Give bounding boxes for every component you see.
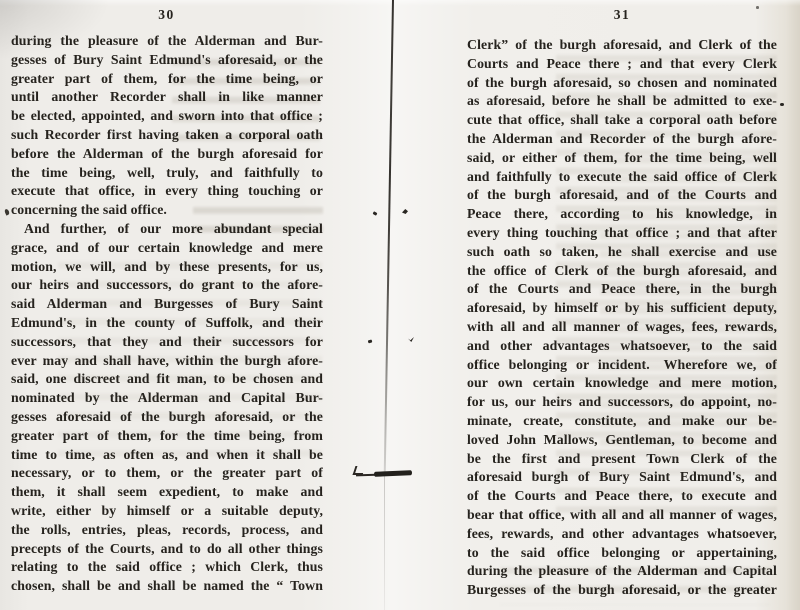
text-line: minate, create, constitute, and make our… — [467, 412, 777, 431]
gutter-crease-line-faint — [384, 476, 385, 610]
text-line: the rolls, entries, pleas, records, proc… — [11, 521, 323, 540]
text-line: nominated by the Alderman and Capital Bu… — [11, 389, 323, 408]
text-line: time to time, as often as, and when it s… — [11, 446, 323, 465]
text-line: be the first and present Town Clerk of t… — [467, 450, 777, 469]
text-line: ever may and shall have, within the burg… — [11, 352, 323, 371]
text-line: bear that office, with all and all manne… — [467, 506, 777, 525]
text-line: greater part of them, for the time being… — [11, 427, 323, 446]
page-number-left: 30 — [10, 7, 323, 23]
text-line: gesses of Bury Saint Edmund's aforesaid,… — [11, 51, 323, 70]
text-line: be elected, appointed, and sworn into th… — [11, 107, 323, 126]
text-line: said, or either of them, for the time be… — [467, 149, 777, 168]
text-line: of the burgh aforesaid, and of the Court… — [467, 186, 777, 205]
text-line: motion, we will, and by these presents, … — [11, 258, 323, 277]
text-line: of the Courts and Peace there, in the bu… — [467, 280, 777, 299]
text-line: for us, our heirs and successors, do app… — [467, 393, 777, 412]
text-line: and faithfully to execute the said offic… — [467, 168, 777, 187]
text-line: And further, of our more abundant specia… — [11, 220, 323, 239]
text-line: before the Alderman of the burgh aforesa… — [11, 145, 323, 164]
text-line: of the burgh aforesaid, so chosen and no… — [467, 74, 777, 93]
ink-speck — [4, 208, 10, 215]
text-line: write, either by himself or a suitable d… — [11, 502, 323, 521]
text-line: the Alderman and Recorder of the burgh a… — [467, 130, 777, 149]
text-line: of the Courts and Peace there, to execut… — [467, 487, 777, 506]
text-line: every thing touching that office ; and t… — [467, 224, 777, 243]
text-line: precepts of the Courts, and to do all ot… — [11, 540, 323, 559]
text-line: and other advantages whatsoever, to the … — [467, 337, 777, 356]
text-line: office belonging or incident. Wherefore … — [467, 356, 777, 375]
text-line: grace, and of our certain knowledge and … — [11, 239, 323, 258]
page-right-text-block: Clerk” of the burgh aforesaid, and Clerk… — [467, 36, 777, 600]
page-left-text-block: during the pleasure of the Alderman and … — [11, 32, 323, 596]
page-number-right: 31 — [467, 7, 777, 23]
scan-top-highlight — [0, 0, 800, 6]
text-line: gesses aforesaid of the burgh aforesaid,… — [11, 408, 323, 427]
text-line: relating to the said office ; which Cler… — [11, 558, 323, 577]
text-line: Edmund's, in the county of Suffolk, and … — [11, 314, 323, 333]
text-line: fees, rewards, and other advantages what… — [467, 525, 777, 544]
text-line: cute that office, shall take a corporal … — [467, 111, 777, 130]
text-line: Burgesses of the burgh aforesaid, or the… — [467, 581, 777, 600]
text-line: loved John Mallows, Gentleman, to become… — [467, 431, 777, 450]
text-line: Peace there, according to his knowledge,… — [467, 205, 777, 224]
text-line: the office of Clerk of the burgh aforesa… — [467, 262, 777, 281]
text-line: chosen, shall be and shall be named the … — [11, 577, 323, 596]
text-line: greater part of them, for the time being… — [11, 70, 323, 89]
text-line: successors, that they and their successo… — [11, 333, 323, 352]
text-line: said, one discreet and fit man, to be ch… — [11, 370, 323, 389]
text-line: during the pleasure of the Alderman and … — [467, 562, 777, 581]
ink-speck — [402, 209, 408, 214]
text-line: such oath so taken, he shall exercise an… — [467, 243, 777, 262]
pen-mark-dash — [374, 470, 412, 476]
ink-speck — [368, 340, 372, 343]
text-line: our own certain knowledge and mere motio… — [467, 374, 777, 393]
text-line: concerning the said office. — [11, 201, 323, 220]
text-line: Courts and Peace there ; and that every … — [467, 55, 777, 74]
text-line: with all and all manner of wages, fees, … — [467, 318, 777, 337]
text-line: execute that office, in every thing touc… — [11, 182, 323, 201]
text-line: the time being, well, truly, and faithfu… — [11, 164, 323, 183]
gutter-crease-line — [384, 0, 394, 476]
text-line: as aforesaid, before he shall be admitte… — [467, 92, 777, 111]
ink-speck — [408, 337, 414, 342]
text-line: them, it shall seem expedient, to make a… — [11, 483, 323, 502]
text-line: Clerk” of the burgh aforesaid, and Clerk… — [467, 36, 777, 55]
text-line: aforesaid, by himself or by his sufficie… — [467, 299, 777, 318]
text-line: our heirs and successors, do grant to th… — [11, 276, 323, 295]
ink-speck — [756, 6, 759, 9]
ink-speck — [373, 211, 378, 216]
text-line: until another Recorder shall in like man… — [11, 88, 323, 107]
text-line: during the pleasure of the Alderman and … — [11, 32, 323, 51]
text-line: to the said office belonging or appertai… — [467, 544, 777, 563]
text-line: said Alderman and Burgesses of Bury Sain… — [11, 295, 323, 314]
ink-speck — [780, 103, 784, 106]
text-line: necessary, or to them, or the greater pa… — [11, 464, 323, 483]
text-line: such Recorder first having taken a corpo… — [11, 126, 323, 145]
text-line: aforesaid burgh of Bury Saint Edmund's, … — [467, 468, 777, 487]
